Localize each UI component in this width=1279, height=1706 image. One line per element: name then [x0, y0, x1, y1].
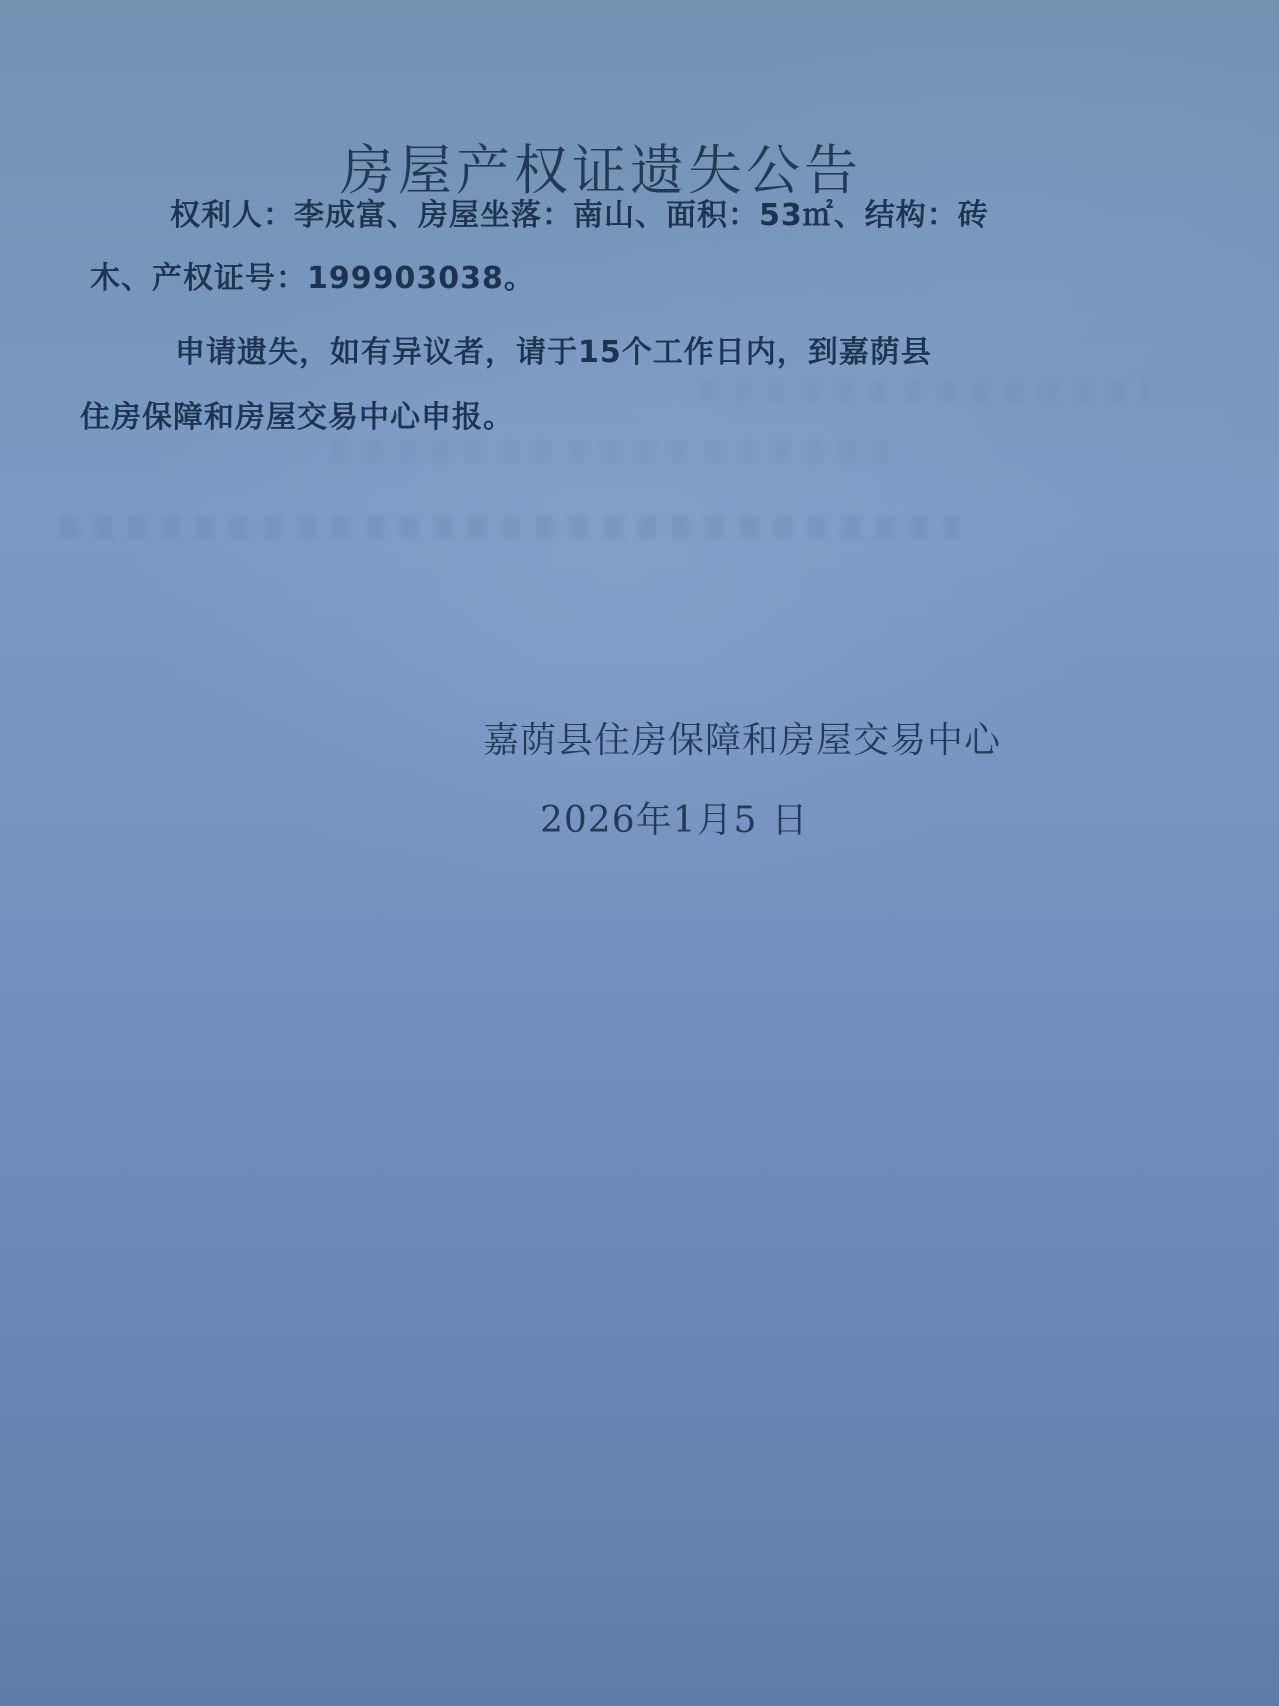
- issue-date: 2026年1月5日: [540, 792, 808, 843]
- notice-page: 房屋产权证遗失公告 权利人：李成富、房屋坐落：南山、面积：53㎡、结构：砖 木、…: [0, 0, 1279, 1706]
- objection-notice-line-1: 申请遗失，如有异议者，请于15个工作日内，到嘉荫县: [175, 327, 932, 371]
- owner-details-line-2: 木、产权证号：199903038。: [90, 253, 535, 297]
- issue-date-day-char: 日: [771, 800, 808, 841]
- bleed-through-text: [60, 515, 960, 539]
- owner-details-line-1: 权利人：李成富、房屋坐落：南山、面积：53㎡、结构：砖: [170, 190, 989, 234]
- bleed-through-text: [700, 380, 1150, 404]
- objection-notice-line-2: 住房保障和房屋交易中心申报。: [80, 392, 514, 436]
- issuing-organization: 嘉荫县住房保障和房屋交易中心: [483, 712, 1001, 763]
- issue-date-main: 2026年1月5: [540, 800, 757, 841]
- bleed-through-text: [330, 440, 890, 464]
